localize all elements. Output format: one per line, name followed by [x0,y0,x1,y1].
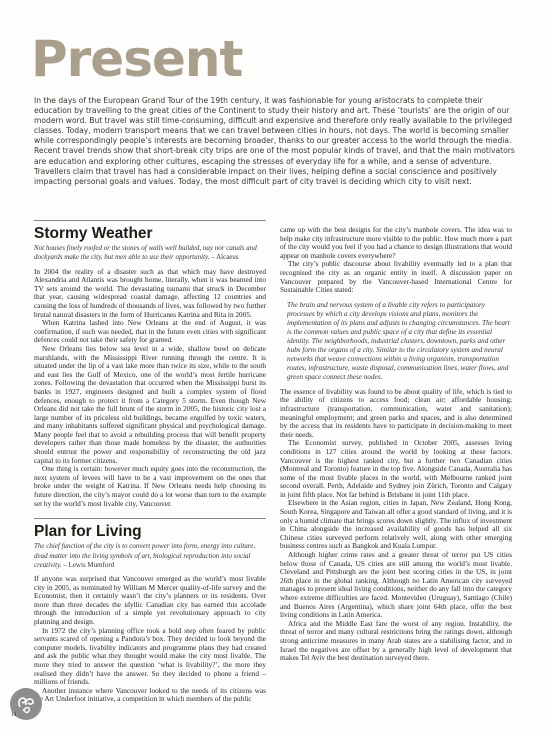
paragraph: New Orleans lies below sea level in a wi… [34,345,266,465]
paragraph: Elsewhere in the Asian region, cities in… [280,499,512,551]
left-column: Stormy Weather Not houses finely roofed … [34,220,266,704]
document-page: Present In the days of the European Gran… [0,0,550,731]
section-heading-plan-for-living: Plan for Living [34,523,266,540]
paragraph: If anyone was surprised that Vancouver e… [34,575,266,627]
paragraph: Although higher crime rates and a greate… [280,551,512,620]
block-quote: The brain and nervous system of a livabl… [287,301,512,382]
page-title: Present [31,34,242,84]
epigraph: Not houses finely roofed or the stones o… [34,244,266,263]
section-body: If anyone was surprised that Vancouver e… [34,575,266,704]
paragraph: came up with the best designs for the ci… [280,226,512,260]
section-body-after-quote: The essence of livability was found to b… [280,388,512,663]
section-plan-for-living: Plan for Living The chief function of th… [34,518,266,704]
section-body-continued: came up with the best designs for the ci… [280,226,512,295]
section-body: In 2004 the reality of a disaster such a… [34,268,266,509]
section-heading-stormy-weather: Stormy Weather [34,225,266,242]
epigraph-attribution: – Lewis Mumford [63,561,114,569]
right-column: came up with the best designs for the ci… [280,226,512,663]
paragraph: The city’s public discourse about livabi… [280,260,512,294]
intro-paragraph: In the days of the European Grand Tour o… [34,96,518,187]
epigraph: The chief function of the city is to con… [34,542,266,570]
paragraph: Another instance where Vancouver looked … [34,687,266,704]
paragraph: One thing is certain: however much equit… [34,465,266,508]
paragraph: The essence of livability was found to b… [280,388,512,440]
paragraph: In 2004 the reality of a disaster such a… [34,268,266,320]
section-divider [34,518,266,519]
paragraph: Africa and the Middle East fare the wors… [280,620,512,663]
paragraph: The Economist survey, published in Octob… [280,439,512,499]
bol-logo-glyph-icon [13,691,39,717]
epigraph-attribution: – Alcaeus [211,253,238,261]
paragraph: In 1972 the city’s planning office took … [34,627,266,687]
section-divider [34,220,266,221]
paragraph: When Katrina lashed into New Orleans at … [34,319,266,345]
page-number: 14 [11,713,16,718]
